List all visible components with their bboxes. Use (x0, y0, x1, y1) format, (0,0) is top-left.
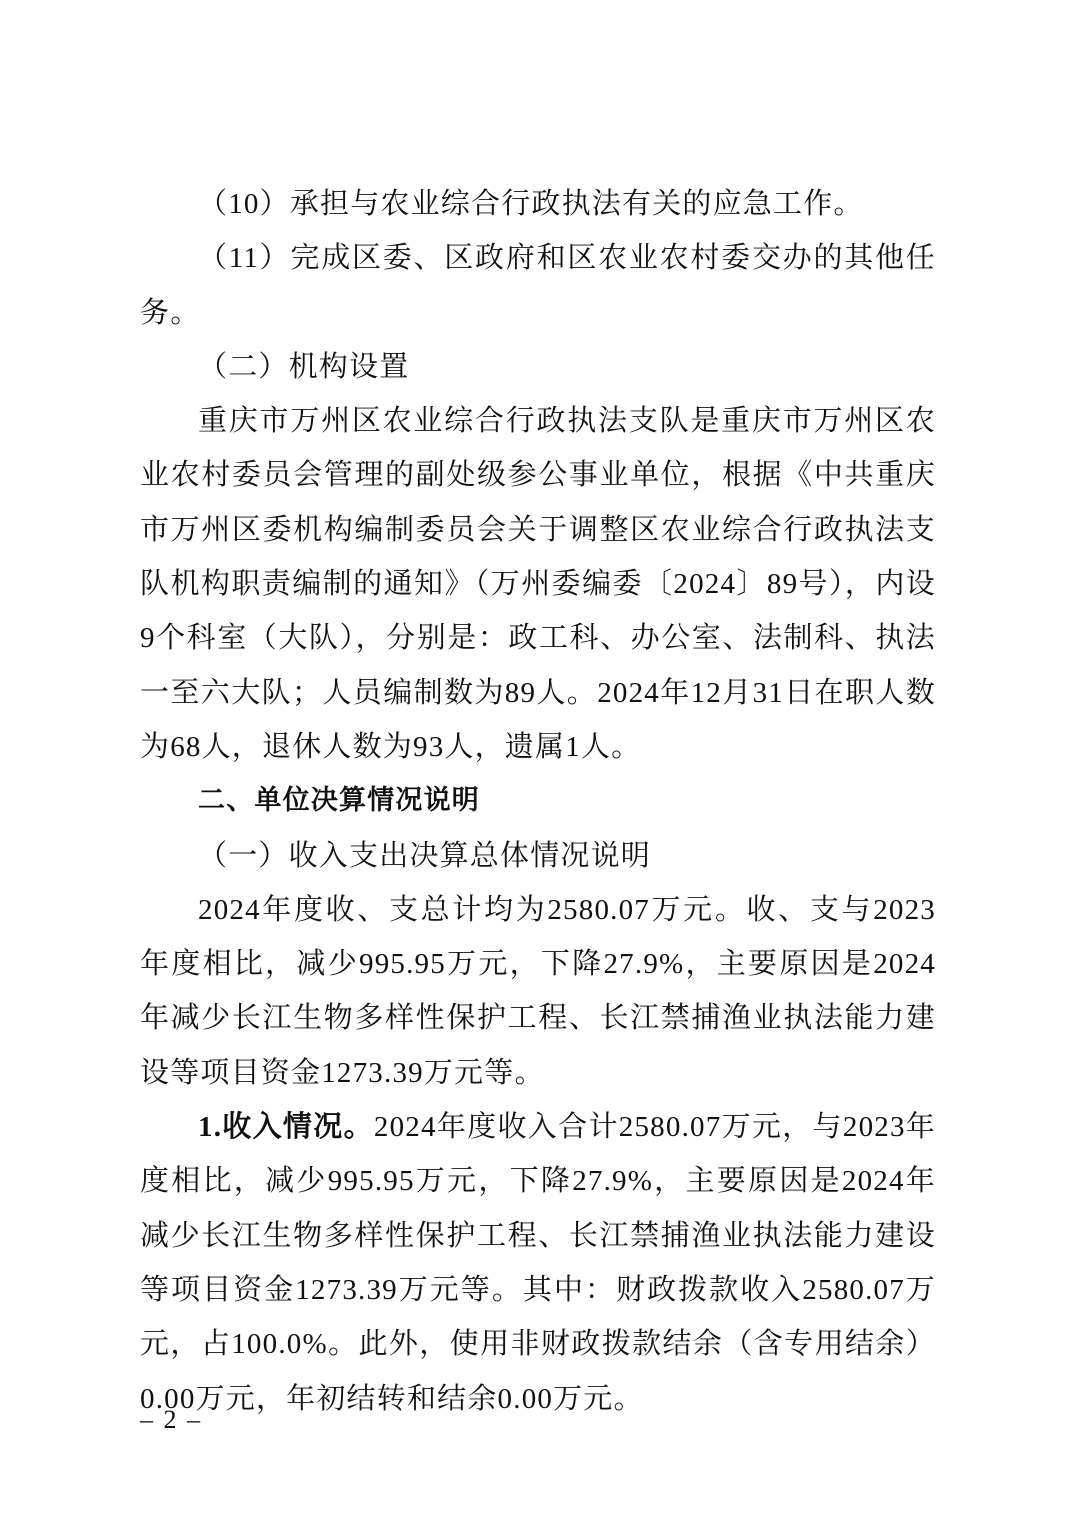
page-number: – 2 – (140, 1405, 202, 1435)
list-item-10: （10）承担与农业综合行政执法有关的应急工作。 (140, 177, 936, 231)
income-lead: 1.收入情况。 (198, 1111, 374, 1143)
income-body: 2024年度收入合计2580.07万元，与2023年度相比，减少995.95万元… (140, 1111, 936, 1414)
section-title-overall: （一）收入支出决算总体情况说明 (140, 829, 936, 883)
org-paragraph: 重庆市万州区农业综合行政执法支队是重庆市万州区农业农村委员会管理的副处级参公事业… (140, 394, 936, 774)
heading-budget-explanation: 二、单位决算情况说明 (140, 774, 936, 828)
document-page: （10）承担与农业综合行政执法有关的应急工作。 （11）完成区委、区政府和区农业… (140, 177, 936, 1426)
list-item-11: （11）完成区委、区政府和区农业农村委交办的其他任务。 (140, 231, 936, 340)
section-title-org: （二）机构设置 (140, 340, 936, 394)
income-paragraph: 1.收入情况。2024年度收入合计2580.07万元，与2023年度相比，减少9… (140, 1100, 936, 1426)
overall-paragraph: 2024年度收、支总计均为2580.07万元。收、支与2023年度相比，减少99… (140, 883, 936, 1100)
